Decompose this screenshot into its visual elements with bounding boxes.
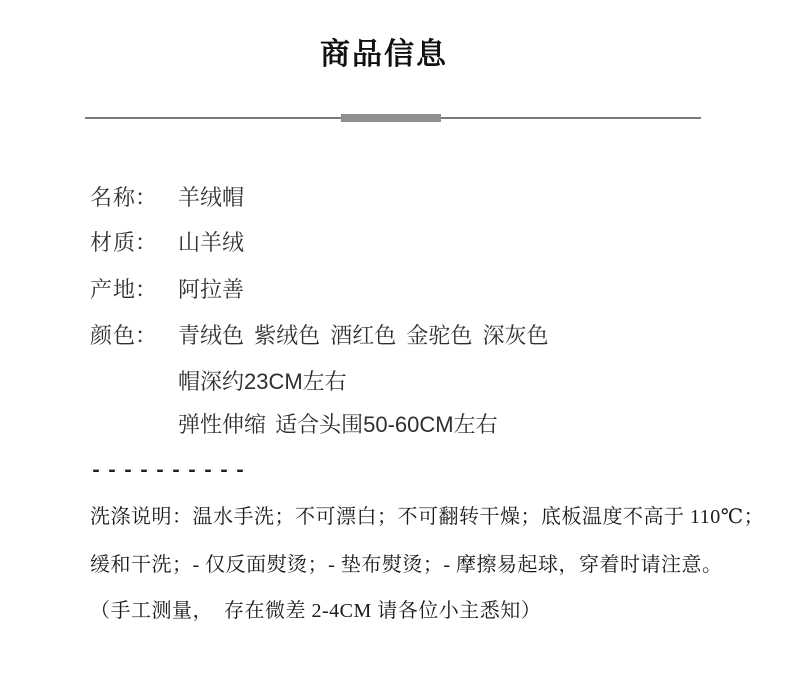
title-divider: [85, 114, 701, 122]
size-note-depth: 帽深约23CM左右: [178, 369, 347, 395]
page-title: 商品信息: [0, 38, 768, 72]
field-value: 山羊绒: [178, 230, 244, 256]
field-colon: ：: [135, 185, 147, 211]
field-row-material: 材质 ： 山羊绒: [90, 230, 244, 256]
field-label: 材质: [90, 230, 134, 256]
field-label: 名称: [90, 185, 134, 211]
field-label: 颜色: [90, 323, 134, 349]
measurement-note-line: （手工测量， 存在微差 2-4CM 请各位小主悉知）: [90, 599, 541, 623]
care-instructions-line: 洗涤说明：温水手洗；不可漂白；不可翻转干燥；底板温度不高于 110℃；: [90, 505, 764, 529]
dashed-separator: ----------: [90, 461, 250, 483]
field-colon: ：: [135, 230, 147, 256]
field-colon: ：: [135, 323, 147, 349]
field-colon: ：: [135, 277, 147, 303]
field-value: 青绒色 紫绒色 酒红色 金驼色 深灰色: [178, 323, 548, 349]
field-label: 产地: [90, 277, 134, 303]
field-value: 羊绒帽: [178, 185, 244, 211]
care-instructions-line: 缓和干洗；- 仅反面熨烫；- 垫布熨烫；- 摩擦易起球，穿着时请注意。: [90, 553, 722, 577]
field-row-origin: 产地 ： 阿拉善: [90, 277, 244, 303]
field-row-color: 颜色 ： 青绒色 紫绒色 酒红色 金驼色 深灰色: [90, 323, 548, 349]
product-info-panel: 商品信息 名称 ： 羊绒帽 材质 ： 山羊绒 产地 ： 阿拉善 颜色 ： 青绒色…: [0, 0, 790, 687]
field-value: 阿拉善: [178, 277, 244, 303]
field-row-name: 名称 ： 羊绒帽: [90, 185, 244, 211]
size-note-stretch: 弹性伸缩 适合头围50-60CM左右: [178, 412, 498, 438]
divider-accent-bar: [341, 114, 441, 122]
